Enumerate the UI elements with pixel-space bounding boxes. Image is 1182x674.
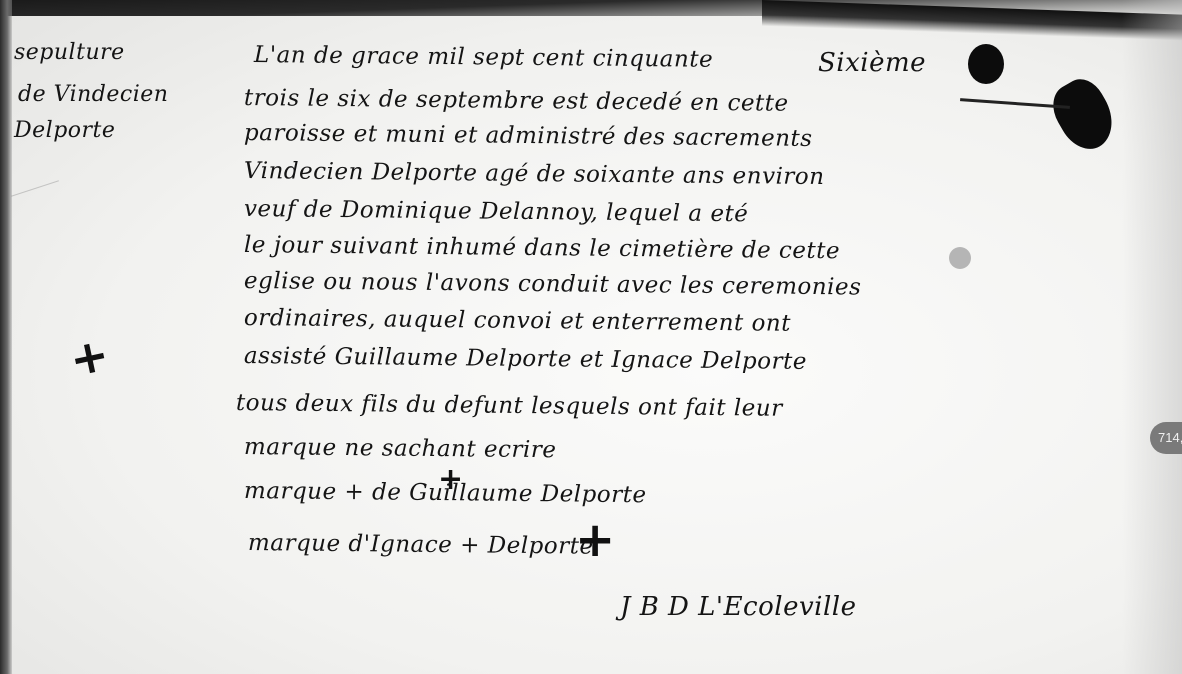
body-line-3: paroisse et muni et administré des sacre… — [244, 120, 813, 152]
margin-note-line-2: de Vindecien — [18, 82, 168, 107]
body-line-1: L'an de grace mil sept cent cinquante — [254, 42, 713, 73]
cross-mark-ignace: + — [575, 512, 615, 568]
body-line-6: le jour suivant inhumé dans le cimetière… — [244, 232, 840, 264]
body-line-4: Vindecien Delporte agé de soixante ans e… — [244, 158, 825, 190]
priest-signature: J B D L'Ecoleville — [620, 592, 857, 622]
body-line-10: tous deux fils du defunt lesquels ont fa… — [236, 390, 783, 422]
body-line-2: trois le six de septembre est decedé en … — [244, 85, 789, 117]
page-number-badge[interactable]: 714, — [1150, 422, 1182, 454]
body-line-11: marque ne sachant ecrire — [244, 434, 557, 463]
inserted-word: Sixième — [818, 48, 926, 78]
margin-stroke — [11, 180, 59, 196]
body-line-8: ordinaires, auquel convoi et enterrement… — [244, 305, 791, 337]
ink-blot-large — [1044, 72, 1124, 159]
margin-note-line-3: Delporte — [14, 118, 115, 143]
body-line-13: marque d'Ignace + Delporte — [248, 530, 594, 560]
margin-cross-mark: + — [65, 327, 114, 388]
body-line-7: eglise ou nous l'avons conduit avec les … — [244, 268, 862, 300]
page-binding-edge — [0, 0, 12, 674]
ink-blot-small — [968, 44, 1004, 84]
cross-mark-guillaume: + — [438, 462, 463, 497]
scan-right-fade — [1122, 0, 1182, 674]
body-line-5: veuf de Dominique Delannoy, lequel a eté — [244, 196, 749, 227]
body-line-9: assisté Guillaume Delporte et Ignace Del… — [244, 343, 807, 375]
margin-note-line-1: sepulture — [14, 40, 125, 65]
scan-artifact-dot — [949, 247, 971, 269]
scanned-page: sepulture de Vindecien Delporte + L'an d… — [0, 0, 1182, 674]
